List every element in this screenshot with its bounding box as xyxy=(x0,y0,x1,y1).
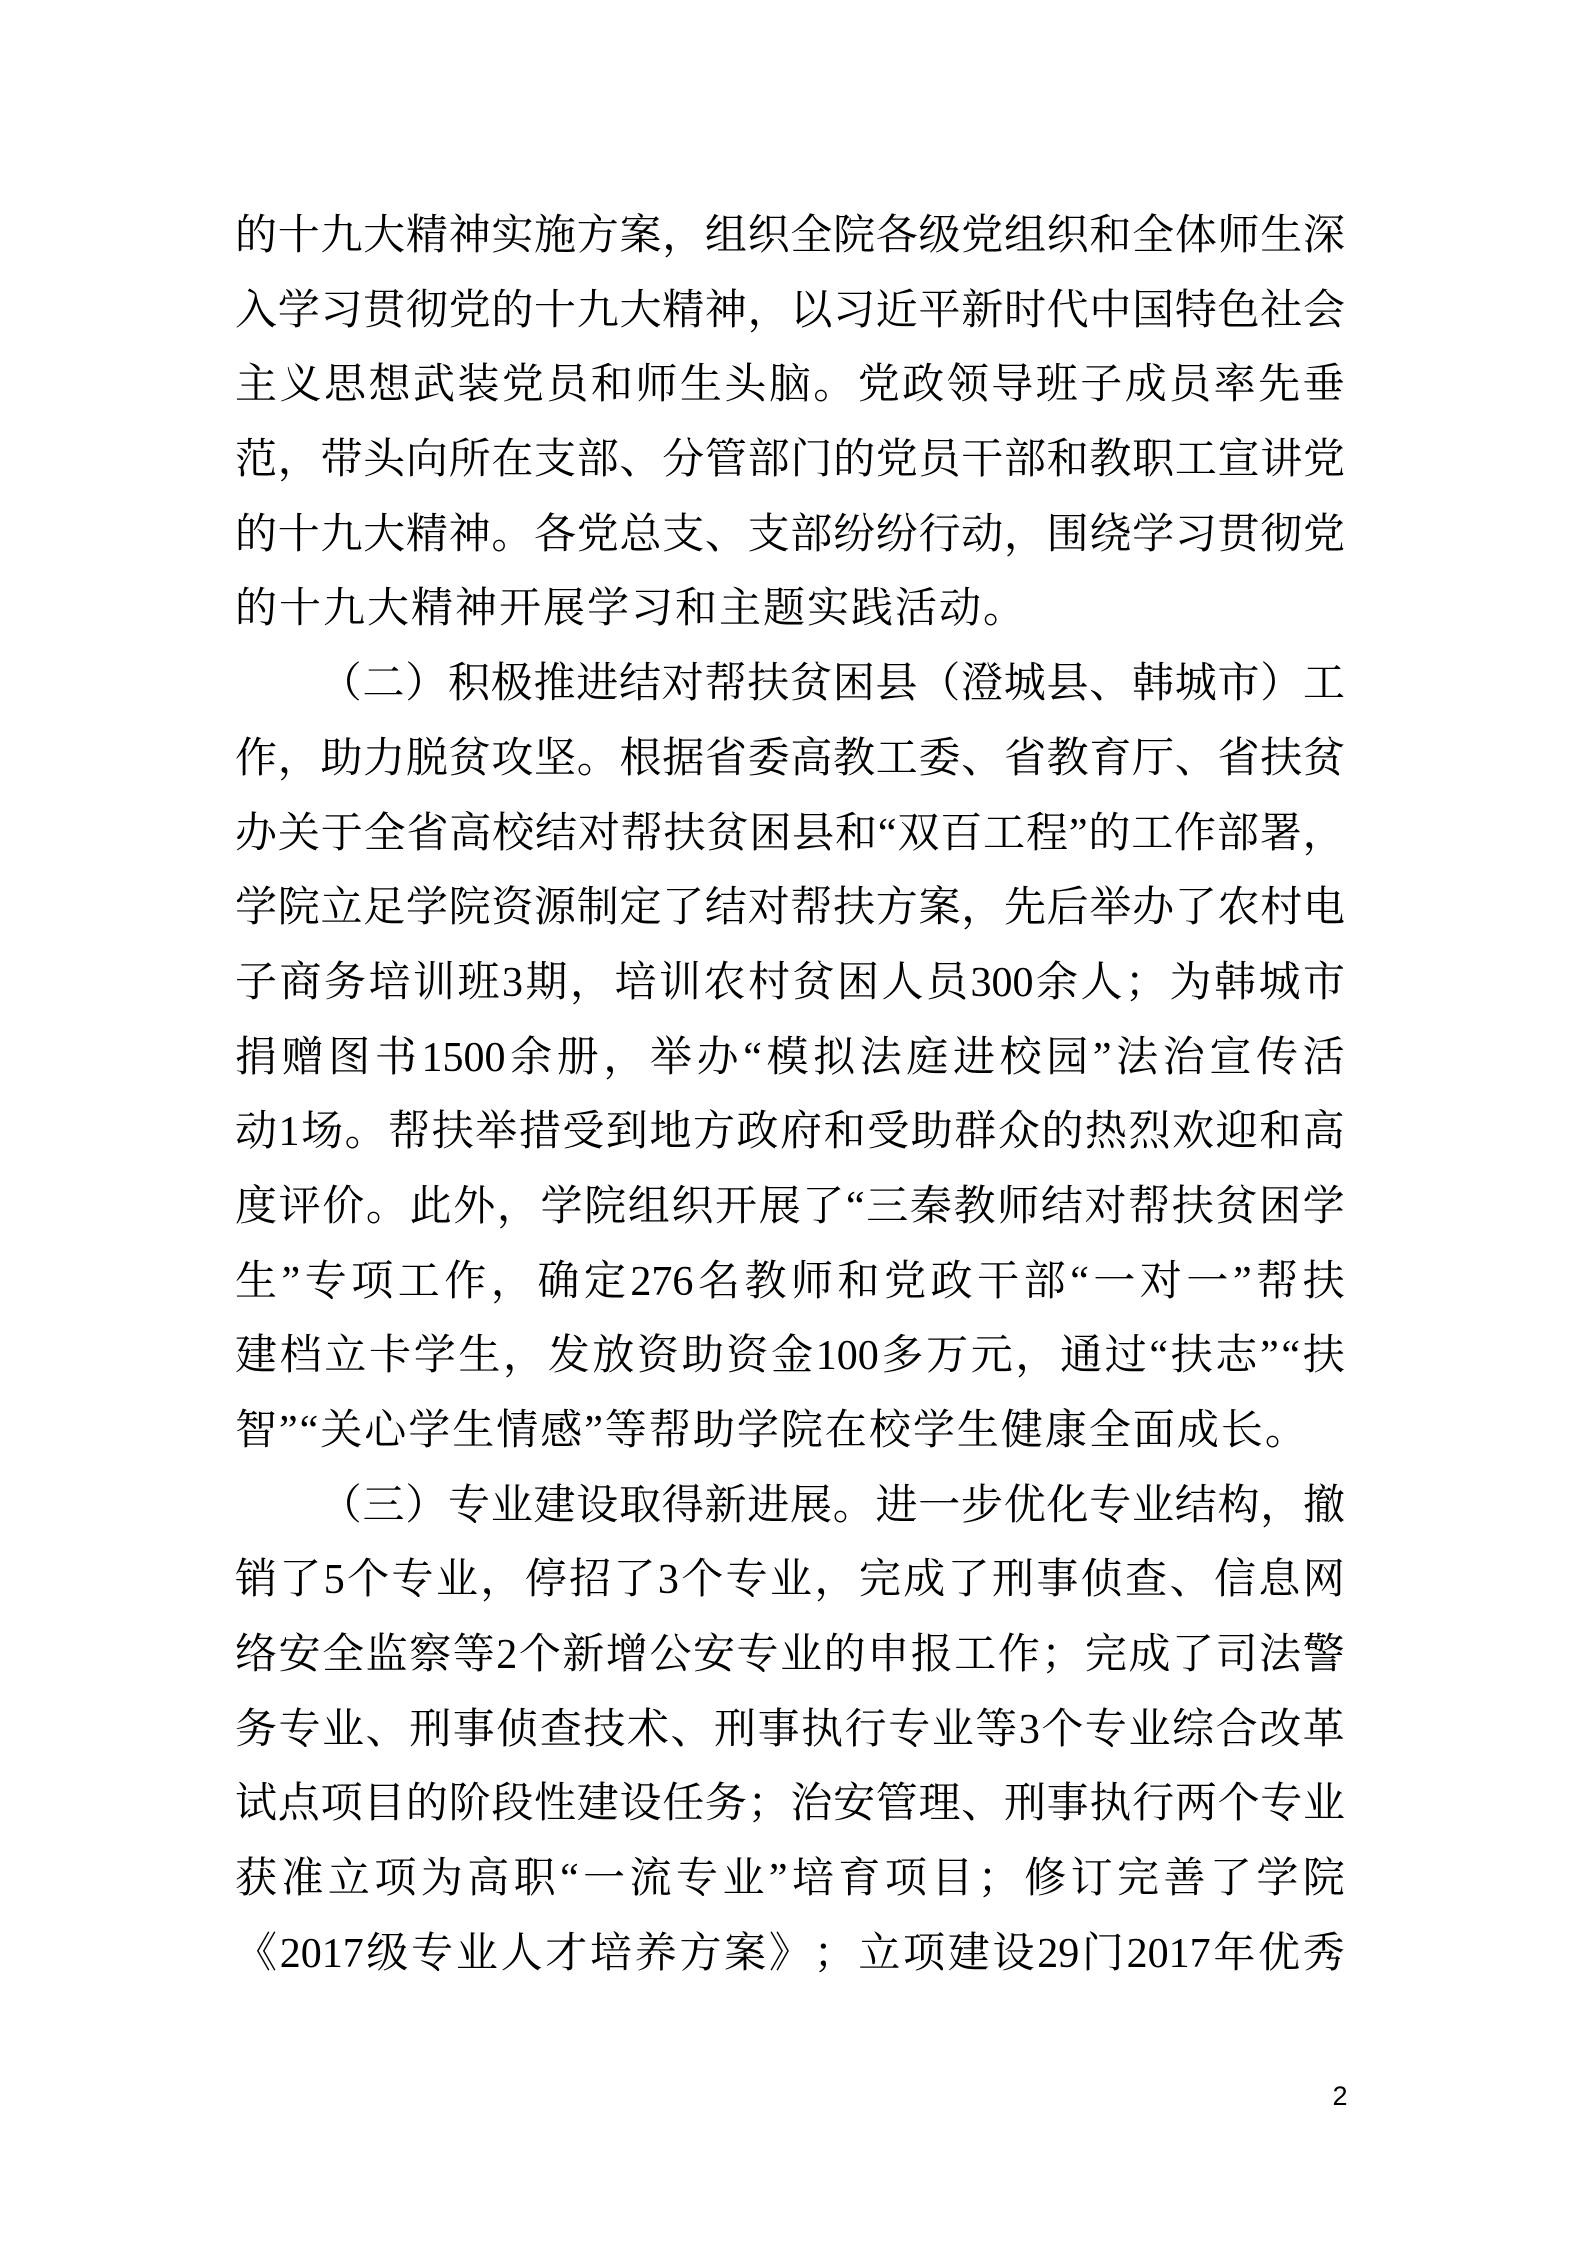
text-glyph: 。 xyxy=(813,348,855,423)
text-glyph: 教 xyxy=(1089,423,1131,498)
text-glyph: 行 xyxy=(1132,1767,1174,1842)
text-glyph: 新 xyxy=(562,1618,604,1693)
text-glyph: 万 xyxy=(926,1319,968,1394)
text-glyph: 九 xyxy=(577,274,619,349)
text-glyph: 级 xyxy=(366,1917,408,1992)
text-glyph: 业 xyxy=(780,1618,822,1693)
text-glyph: 帮 xyxy=(790,871,832,946)
text-glyph: 了 xyxy=(948,1543,990,1618)
text-glyph: 总 xyxy=(619,498,661,573)
text-glyph: 3 xyxy=(1019,1693,1040,1768)
text-glyph: 案 xyxy=(724,1917,766,1992)
text-glyph: 高 xyxy=(790,722,832,797)
text-glyph: 准 xyxy=(281,1842,323,1917)
text-glyph: 对 xyxy=(748,871,790,946)
text-glyph: 29 xyxy=(1037,1917,1079,1992)
text-glyph: 扶 xyxy=(1172,1170,1214,1245)
text-glyph: 。 xyxy=(491,498,533,573)
text-glyph: 、 xyxy=(1175,722,1217,797)
text-glyph: 干 xyxy=(961,423,1003,498)
text-glyph: 建 xyxy=(533,1469,575,1544)
text-glyph: 部 xyxy=(1004,423,1046,498)
text-glyph: 学 xyxy=(1132,498,1174,573)
text-glyph: 代 xyxy=(1047,274,1089,349)
text-glyph: ， xyxy=(503,1319,545,1394)
text-glyph: 九 xyxy=(320,498,362,573)
text-glyph: 络 xyxy=(235,1618,277,1693)
text-glyph: 头 xyxy=(363,423,405,498)
text-glyph: 组 xyxy=(628,1170,670,1245)
text-glyph: 扶 xyxy=(1303,1319,1345,1394)
text-glyph: 业 xyxy=(932,1693,974,1768)
text-glyph: 生 xyxy=(235,1245,277,1320)
text-glyph: 县 xyxy=(792,797,834,872)
text-glyph: 想 xyxy=(368,348,410,423)
text-glyph: 书 xyxy=(375,1021,417,1096)
document-body: 的十九大精神实施方案，组织全院各级党组织和全体师生深入学习贯彻党的十九大精神，以… xyxy=(235,199,1345,1992)
text-glyph: ， xyxy=(570,946,612,1021)
text-glyph: （ xyxy=(320,647,362,722)
text-glyph: 培 xyxy=(369,946,411,1021)
text-glyph: 案 xyxy=(919,871,961,946)
text-glyph: ， xyxy=(1004,498,1046,573)
text-glyph: 领 xyxy=(947,348,989,423)
text-glyph: 务 xyxy=(324,946,366,1021)
text-glyph: 纷 xyxy=(833,498,875,573)
text-glyph: 村 xyxy=(1260,871,1302,946)
text-glyph: 优 xyxy=(1004,1469,1046,1544)
text-glyph: 进 xyxy=(875,1469,917,1544)
text-glyph: 训 xyxy=(659,946,701,1021)
text-glyph: 学 xyxy=(1256,1842,1298,1917)
text-glyph: 十 xyxy=(278,498,320,573)
text-glyph: 项 xyxy=(351,1245,393,1320)
text-glyph: 开 xyxy=(715,1170,757,1245)
text-glyph: 两 xyxy=(1175,1767,1217,1842)
text-glyph: 成 xyxy=(1125,348,1167,423)
text-glyph: 网 xyxy=(1303,1543,1345,1618)
text-glyph: 市 xyxy=(1303,946,1345,1021)
text-glyph: 群 xyxy=(954,1095,996,1170)
text-glyph: 神 xyxy=(705,274,747,349)
text-glyph: 干 xyxy=(977,1245,1019,1320)
text-glyph: 子 xyxy=(235,946,277,1021)
text-glyph: 活 xyxy=(1303,1021,1345,1096)
text-glyph: 全 xyxy=(322,1618,364,1693)
text-glyph: “ xyxy=(1281,1319,1300,1394)
text-glyph: 建 xyxy=(235,1319,277,1394)
text-glyph: 生 xyxy=(458,1319,500,1394)
text-glyph: 的 xyxy=(491,274,533,349)
text-glyph: 专 xyxy=(448,1469,490,1544)
text-glyph: 神 xyxy=(449,199,491,274)
text-glyph: 。 xyxy=(833,1469,875,1544)
text-glyph: 等 xyxy=(975,1693,1017,1768)
text-glyph: 目 xyxy=(931,1842,973,1917)
text-glyph: ） xyxy=(405,647,447,722)
text-glyph: 城 xyxy=(1004,647,1046,722)
text-glyph: 了 xyxy=(614,1543,656,1618)
text-glyph: 、 xyxy=(670,1693,712,1768)
text-glyph: 1500 xyxy=(422,1021,506,1096)
text-glyph: 帮 xyxy=(388,1095,430,1170)
text-glyph: 组 xyxy=(1004,199,1046,274)
text-glyph: 综 xyxy=(1172,1693,1214,1768)
text-glyph: 事 xyxy=(1036,1543,1078,1618)
text-glyph: 人 xyxy=(881,946,923,1021)
text-glyph: 276 xyxy=(630,1245,693,1320)
text-glyph: 二 xyxy=(362,647,404,722)
text-glyph: 事 xyxy=(453,1693,495,1768)
text-glyph: 得 xyxy=(662,1469,704,1544)
text-glyph: 警 xyxy=(1303,1618,1345,1693)
text-glyph: 受 xyxy=(867,1095,909,1170)
text-glyph: 专 xyxy=(392,1543,434,1618)
text-glyph: 结 xyxy=(1041,1170,1083,1245)
text-glyph: 改 xyxy=(1259,1693,1301,1768)
text-line: 办关于全省高校结对帮扶贫困县和“双百工程”的工作部署， xyxy=(235,797,1345,872)
text-glyph: 班 xyxy=(1036,348,1078,423)
text-glyph: 各 xyxy=(876,199,918,274)
text-glyph: 县 xyxy=(1046,647,1088,722)
text-glyph: 了 xyxy=(662,871,704,946)
text-glyph: 城 xyxy=(1175,647,1217,722)
text-glyph: 侦 xyxy=(496,1693,538,1768)
text-glyph: 扶 xyxy=(1260,722,1302,797)
text-glyph: 员 xyxy=(546,348,588,423)
text-glyph: 行 xyxy=(845,1693,887,1768)
text-glyph: 作 xyxy=(1174,797,1216,872)
page-number: 2 xyxy=(1322,2081,1358,2111)
text-glyph: 了 xyxy=(802,1170,844,1245)
text-glyph: 业 xyxy=(1132,1469,1174,1544)
text-glyph: 完 xyxy=(859,1543,901,1618)
text-glyph: 院 xyxy=(1303,1842,1345,1917)
text-glyph: 对 xyxy=(662,647,704,722)
text-glyph: 韩 xyxy=(1214,946,1256,1021)
text-glyph: 销 xyxy=(235,1543,277,1618)
text-glyph: 监 xyxy=(366,1618,408,1693)
text-glyph: 装 xyxy=(457,348,499,423)
text-glyph: “ xyxy=(743,1021,762,1096)
text-glyph: 教 xyxy=(744,1245,786,1320)
text-glyph: 报 xyxy=(911,1618,953,1693)
text-glyph: 十 xyxy=(534,274,576,349)
text-glyph: 举 xyxy=(1089,871,1131,946)
text-line: 作，助力脱贫攻坚。根据省委高教工委、省教育厅、省扶贫 xyxy=(235,722,1345,797)
text-glyph: 以 xyxy=(790,274,832,349)
text-glyph: 完 xyxy=(1085,1618,1127,1693)
text-glyph: 业 xyxy=(436,1543,478,1618)
text-glyph: 贫 xyxy=(706,797,748,872)
text-glyph: 学 xyxy=(406,871,448,946)
text-glyph: 图 xyxy=(328,1021,370,1096)
text-glyph: 新 xyxy=(704,1469,746,1544)
text-glyph: 了 xyxy=(1172,1618,1214,1693)
text-glyph: 流 xyxy=(630,1842,672,1917)
text-glyph: 务 xyxy=(705,1767,747,1842)
text-glyph: 阶 xyxy=(449,1767,491,1842)
text-glyph: 进 xyxy=(576,647,618,722)
text-glyph: 三 xyxy=(362,1469,404,1544)
text-glyph: 志 xyxy=(1215,1319,1257,1394)
text-glyph: 帮 xyxy=(621,797,663,872)
text-glyph: 安 xyxy=(833,1767,875,1842)
text-glyph: 大 xyxy=(619,274,661,349)
text-glyph: 三 xyxy=(866,1170,908,1245)
text-glyph: 、 xyxy=(705,498,747,573)
text-glyph: ） xyxy=(405,1469,447,1544)
text-glyph: 村 xyxy=(748,946,790,1021)
text-glyph: 成 xyxy=(903,1543,945,1618)
text-glyph: ” xyxy=(1069,797,1088,872)
text-glyph: 助 xyxy=(320,722,362,797)
text-line: 《2017级专业人才培养方案》；立项建设29门2017年优秀 xyxy=(235,1917,1345,1992)
text-glyph: 党 xyxy=(884,1245,926,1320)
text-glyph: 制 xyxy=(577,871,619,946)
text-glyph: 价 xyxy=(322,1170,364,1245)
text-glyph: 元 xyxy=(971,1319,1013,1394)
text-glyph: 受 xyxy=(562,1095,604,1170)
text-glyph: 支 xyxy=(748,498,790,573)
text-glyph: 人 xyxy=(1080,946,1122,1021)
text-glyph: 教 xyxy=(833,722,875,797)
text-glyph: 目 xyxy=(363,1767,405,1842)
text-glyph: 脑 xyxy=(769,348,811,423)
text-glyph: 安 xyxy=(693,1618,735,1693)
text-glyph: 员 xyxy=(926,946,968,1021)
text-glyph: 烈 xyxy=(1128,1095,1170,1170)
text-glyph: 率 xyxy=(1214,348,1256,423)
text-glyph: 神 xyxy=(449,498,491,573)
text-glyph: 过 xyxy=(1105,1319,1147,1394)
text-glyph: 完 xyxy=(1117,1842,1159,1917)
text-glyph: 化 xyxy=(1046,1469,1088,1544)
text-glyph: 结 xyxy=(705,871,747,946)
text-line: 度评价。此外，学院组织开展了“三秦教师结对帮扶贫困学 xyxy=(235,1170,1345,1245)
text-glyph: 动 xyxy=(235,1095,277,1170)
text-glyph: ” xyxy=(1260,1319,1279,1394)
text-glyph: 欢 xyxy=(1172,1095,1214,1170)
text-glyph: 成 xyxy=(1128,1618,1170,1693)
text-glyph: 专 xyxy=(737,1618,779,1693)
text-glyph: 个 xyxy=(1218,1767,1260,1842)
text-glyph: 讲 xyxy=(1260,423,1302,498)
text-glyph: “ xyxy=(878,797,897,872)
text-glyph: 帮 xyxy=(704,647,746,722)
text-glyph: 职 xyxy=(1132,423,1174,498)
text-glyph: ； xyxy=(978,1842,1020,1917)
text-glyph: 专 xyxy=(1089,1469,1131,1544)
text-glyph: 高 xyxy=(449,797,491,872)
text-glyph: 设 xyxy=(619,1767,661,1842)
text-line: 络安全监察等2个新增公安专业的申报工作；完成了司法警 xyxy=(235,1618,1345,1693)
text-glyph: 困 xyxy=(837,946,879,1021)
text-glyph: 和 xyxy=(824,1095,866,1170)
text-glyph: 育 xyxy=(838,1842,880,1917)
text-glyph: 业 xyxy=(722,1842,764,1917)
text-glyph: 根 xyxy=(619,722,661,797)
text-glyph: 管 xyxy=(705,423,747,498)
text-glyph: 新 xyxy=(961,274,1003,349)
text-line: 范，带头向所在支部、分管部门的党员干部和教职工宣讲党 xyxy=(235,423,1345,498)
text-glyph: 实 xyxy=(491,199,533,274)
text-glyph: 优 xyxy=(1258,1917,1300,1992)
text-glyph: 案 xyxy=(619,199,661,274)
text-glyph: 员 xyxy=(919,423,961,498)
text-glyph: 学 xyxy=(1303,1170,1345,1245)
text-glyph: 的 xyxy=(406,1767,448,1842)
text-glyph: 侦 xyxy=(1081,1543,1123,1618)
text-line: 生”专项工作，确定276名教师和党政干部“一对一”帮扶 xyxy=(235,1245,1345,1320)
text-glyph: 向 xyxy=(406,423,448,498)
text-glyph: 动 xyxy=(961,498,1003,573)
text-glyph: 彻 xyxy=(406,274,448,349)
text-glyph: 班 xyxy=(458,946,500,1021)
text-glyph: 生 xyxy=(1260,199,1302,274)
text-glyph: 业 xyxy=(456,1917,498,1992)
text-glyph: 织 xyxy=(1047,199,1089,274)
text-glyph: 评 xyxy=(279,1170,321,1245)
text-glyph: 善 xyxy=(1163,1842,1205,1917)
text-glyph: 困 xyxy=(833,647,875,722)
text-glyph: 近 xyxy=(876,274,918,349)
text-glyph: ） xyxy=(1260,647,1302,722)
text-glyph: 300 xyxy=(970,946,1033,1021)
text-glyph: 技 xyxy=(583,1693,625,1768)
text-glyph: 省 xyxy=(1218,722,1260,797)
text-glyph: 革 xyxy=(1303,1693,1345,1768)
text-glyph: 院 xyxy=(584,1170,626,1245)
text-glyph: 资 xyxy=(637,1319,679,1394)
text-glyph: 项 xyxy=(320,1767,362,1842)
text-glyph: 支 xyxy=(662,498,704,573)
text-glyph: 务 xyxy=(235,1693,277,1768)
text-glyph: 一 xyxy=(583,1842,625,1917)
text-glyph: 部 xyxy=(1217,797,1259,872)
text-glyph: 导 xyxy=(991,348,1033,423)
text-glyph: 帮 xyxy=(1128,1170,1170,1245)
text-glyph: 业 xyxy=(770,1543,812,1618)
text-glyph: 师 xyxy=(791,1245,833,1320)
text-glyph: 施 xyxy=(534,199,576,274)
text-glyph: 结 xyxy=(619,647,661,722)
text-glyph: 。 xyxy=(577,722,619,797)
text-glyph: 支 xyxy=(534,423,576,498)
text-line: 学院立足学院资源制定了结对帮扶方案，先后举办了农村电 xyxy=(235,871,1345,946)
text-glyph: 个 xyxy=(681,1543,723,1618)
text-glyph: 校 xyxy=(1000,1021,1042,1096)
text-glyph: 高 xyxy=(467,1842,509,1917)
text-glyph: 理 xyxy=(919,1767,961,1842)
text-glyph: 个 xyxy=(519,1618,561,1693)
text-glyph: 司 xyxy=(1216,1618,1258,1693)
text-glyph: 名 xyxy=(698,1245,740,1320)
text-glyph: 的 xyxy=(235,199,277,274)
text-line: 建档立卡学生，发放资助资金100多万元，通过“扶志”“扶 xyxy=(235,1319,1345,1394)
text-glyph: 商 xyxy=(280,946,322,1021)
text-glyph: 生 xyxy=(680,348,722,423)
text-glyph: 宣 xyxy=(1209,1021,1251,1096)
text-glyph: 学 xyxy=(540,1170,582,1245)
text-glyph: 才 xyxy=(545,1917,587,1992)
text-glyph: 业 xyxy=(1303,1767,1345,1842)
text-glyph: 深 xyxy=(1303,199,1345,274)
text-glyph: 韩 xyxy=(1132,647,1174,722)
text-glyph: 党 xyxy=(449,274,491,349)
text-glyph: 专 xyxy=(305,1245,347,1320)
text-glyph: 管 xyxy=(876,1767,918,1842)
text-glyph: 帮 xyxy=(1256,1245,1298,1320)
text-glyph: 所 xyxy=(449,423,491,498)
text-glyph: 程 xyxy=(1026,797,1068,872)
text-glyph: 个 xyxy=(347,1543,389,1618)
text-glyph: 党 xyxy=(1303,423,1345,498)
text-glyph: 、 xyxy=(366,1693,408,1768)
text-glyph: 察 xyxy=(409,1618,451,1693)
text-glyph: 2017 xyxy=(280,1917,364,1992)
text-line: 动1场。帮扶举措受到地方政府和受助群众的热烈欢迎和高 xyxy=(235,1095,1345,1170)
text-glyph: 党 xyxy=(577,498,619,573)
text-glyph: 力 xyxy=(363,722,405,797)
text-glyph: 多 xyxy=(881,1319,923,1394)
text-glyph: 九 xyxy=(320,199,362,274)
text-glyph: 立 xyxy=(320,871,362,946)
text-glyph: 中 xyxy=(1089,274,1131,349)
text-glyph: 全 xyxy=(790,199,832,274)
text-glyph: 方 xyxy=(577,199,619,274)
text-glyph: 大 xyxy=(363,498,405,573)
text-glyph: 通 xyxy=(1060,1319,1102,1394)
text-glyph: 安 xyxy=(279,1618,321,1693)
text-line: 入学习贯彻党的十九大精神，以习近平新时代中国特色社会 xyxy=(235,274,1345,349)
text-glyph: 政 xyxy=(737,1095,779,1170)
text-glyph: 执 xyxy=(801,1693,843,1768)
text-line: 的十九大精神。各党总支、支部纷纷行动，围绕学习贯彻党 xyxy=(235,498,1345,573)
text-glyph: 此 xyxy=(410,1170,452,1245)
text-glyph: “ xyxy=(560,1842,579,1917)
text-glyph: 拟 xyxy=(813,1021,855,1096)
text-glyph: 极 xyxy=(491,647,533,722)
document-page: 的十九大精神实施方案，组织全院各级党组织和全体师生深入学习贯彻党的十九大精神，以… xyxy=(0,0,1587,2245)
text-glyph: 了 xyxy=(1175,871,1217,946)
text-glyph: 捐 xyxy=(235,1021,277,1096)
text-glyph: 《 xyxy=(235,1917,277,1992)
text-glyph: 师 xyxy=(997,1170,1039,1245)
text-glyph: 园 xyxy=(1046,1021,1088,1096)
text-glyph: 卡 xyxy=(369,1319,411,1394)
text-glyph: 精 xyxy=(406,199,448,274)
text-glyph: 热 xyxy=(1085,1095,1127,1170)
text-glyph: 色 xyxy=(1218,274,1260,349)
text-glyph: “ xyxy=(1070,1245,1089,1320)
text-glyph: 宣 xyxy=(1218,423,1260,498)
text-glyph: 合 xyxy=(1216,1693,1258,1768)
text-glyph: 坚 xyxy=(534,722,576,797)
text-glyph: 放 xyxy=(592,1319,634,1394)
text-glyph: 迎 xyxy=(1216,1095,1258,1170)
text-glyph: 段 xyxy=(491,1767,533,1842)
text-glyph: 众 xyxy=(998,1095,1040,1170)
text-glyph: 和 xyxy=(1259,1095,1301,1170)
text-glyph: 公 xyxy=(649,1618,691,1693)
text-glyph: 年 xyxy=(1213,1917,1255,1992)
text-glyph: 》 xyxy=(769,1917,811,1992)
text-glyph: 对 xyxy=(1084,1170,1126,1245)
text-glyph: 2017 xyxy=(1127,1917,1211,1992)
text-glyph: 于 xyxy=(321,797,363,872)
text-glyph: 全 xyxy=(1132,199,1174,274)
